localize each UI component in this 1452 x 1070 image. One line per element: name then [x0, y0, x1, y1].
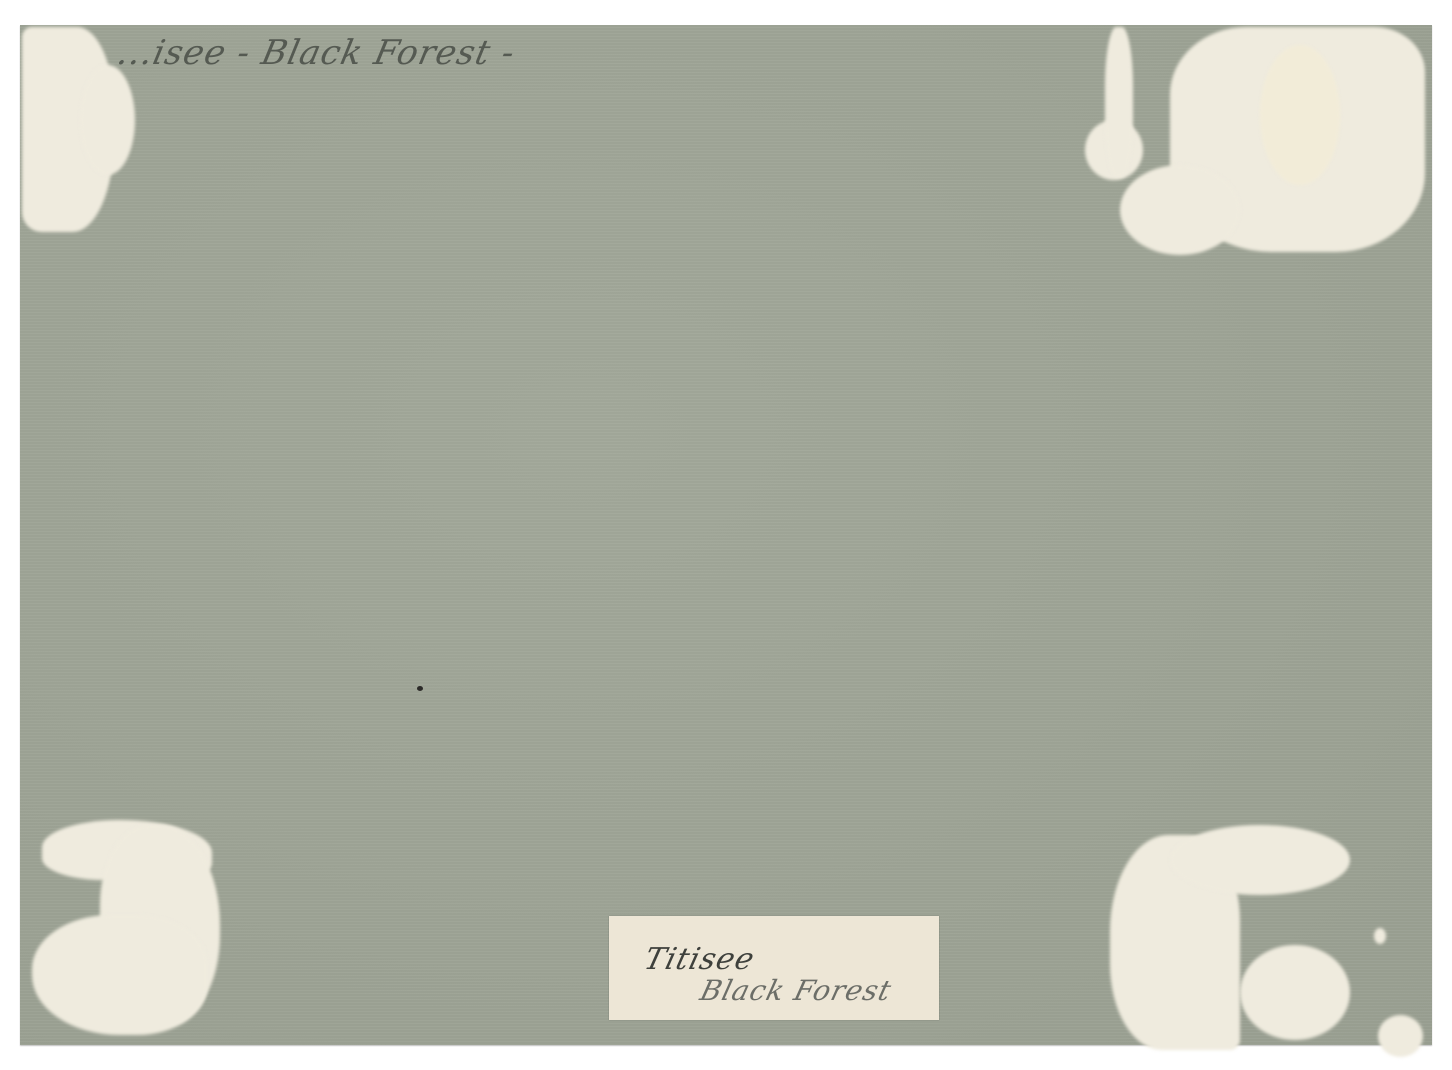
paper-remnant-top-right-drip-2	[1105, 27, 1133, 177]
top-inscription: ...isee - Black Forest -	[114, 33, 519, 73]
paper-remnant-bottom-right-fleck	[1374, 928, 1386, 944]
paper-remnant-top-left-lobe	[80, 65, 135, 175]
paper-remnant-top-right-lobe	[1120, 165, 1240, 255]
paper-remnant-bottom-left-lower	[32, 915, 207, 1035]
handwritten-label: Titisee Black Forest	[609, 916, 939, 1020]
paper-remnant-bottom-right-dot	[1378, 1015, 1423, 1057]
mounting-card: Titisee Black Forest	[20, 25, 1432, 1045]
paper-remnant-bottom-right-lobe	[1240, 945, 1350, 1040]
paper-remnant-bottom-right-arch	[1170, 825, 1350, 895]
paper-remnant-top-right-center	[1260, 45, 1340, 185]
label-line-titisee: Titisee	[641, 942, 759, 977]
label-line-black-forest: Black Forest	[697, 974, 895, 1007]
ink-speck	[417, 686, 423, 691]
